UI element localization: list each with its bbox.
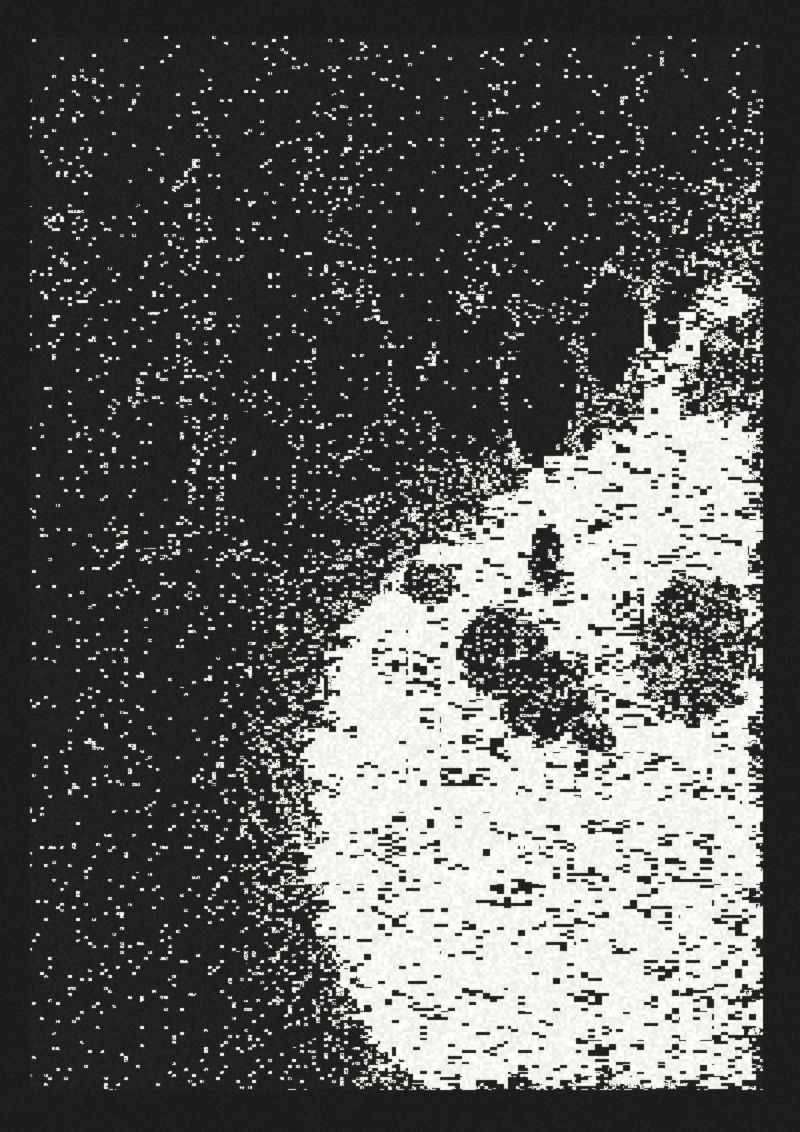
dithered-forest-slope-photo [0, 0, 800, 1132]
photo-page [0, 0, 800, 1132]
